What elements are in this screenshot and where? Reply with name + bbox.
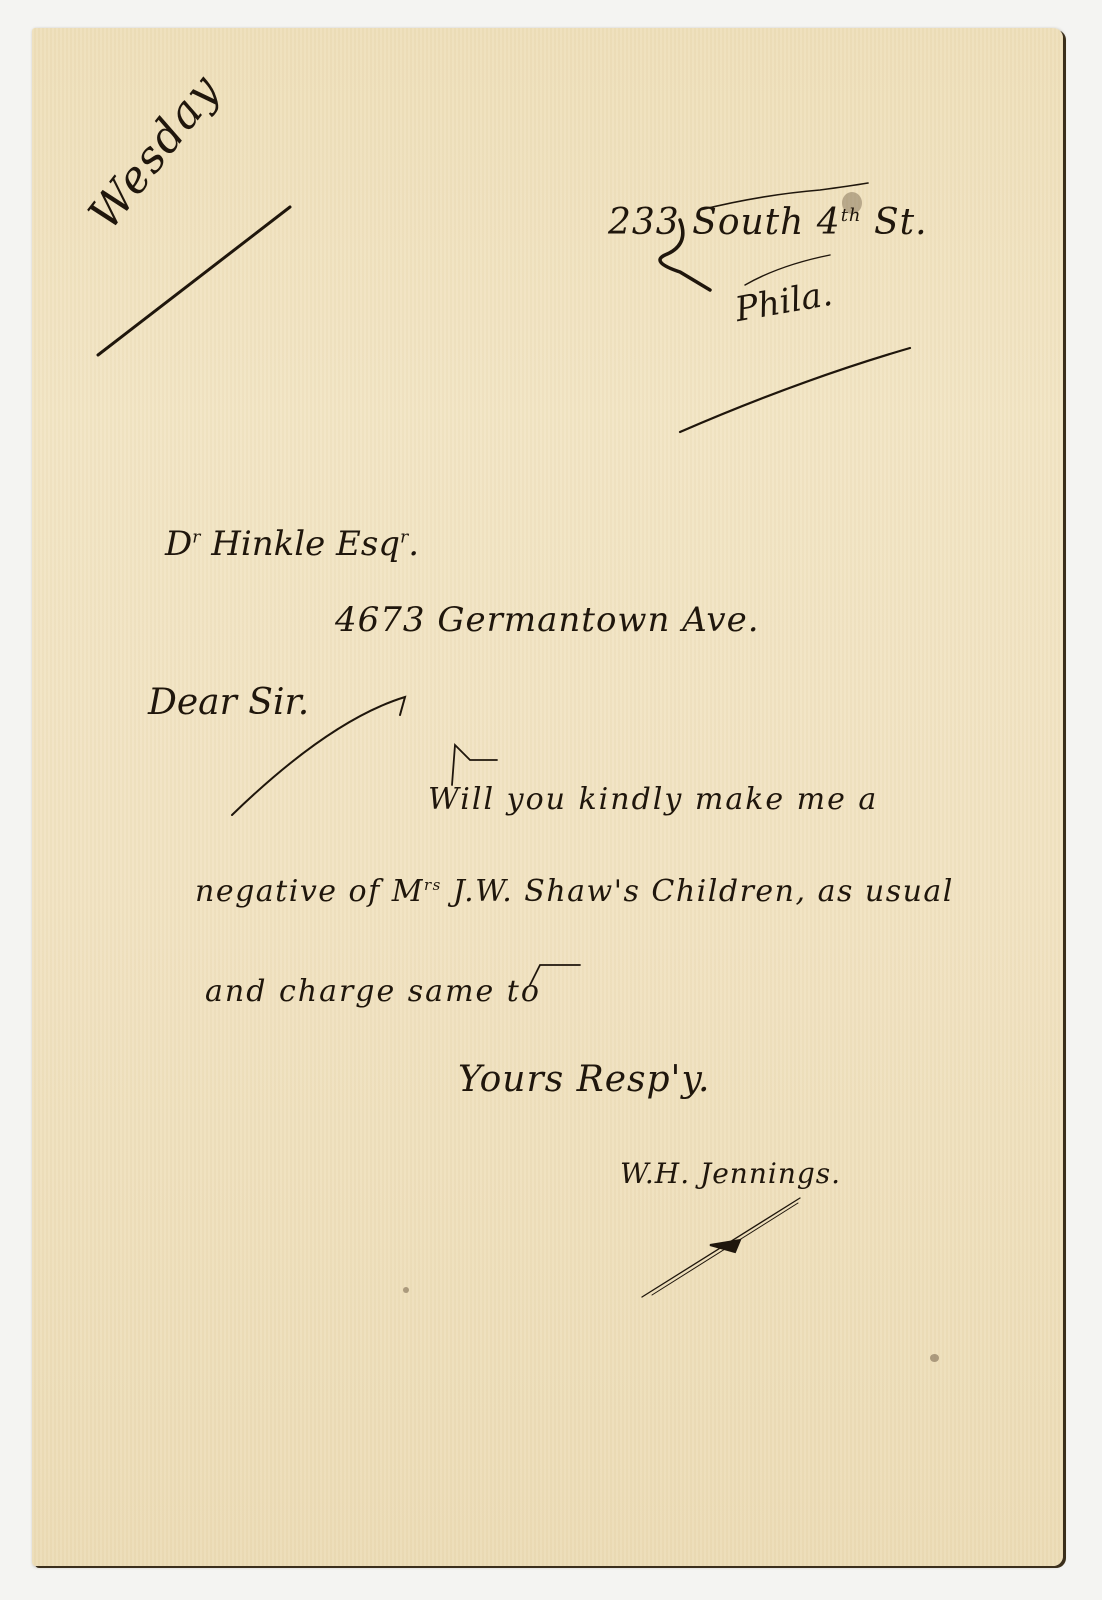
name-text: Hinkle Esq: [200, 524, 400, 564]
street-suffix: St.: [862, 202, 928, 243]
sender-street-address: 233 South 4th St.: [608, 205, 928, 241]
body-line-2-end: J.W. Shaw's Children, as usual: [442, 874, 954, 909]
signature: W.H. Jennings.: [620, 1160, 841, 1188]
title-prefix: D: [165, 524, 192, 564]
scanned-document: Wesday 233 South 4th St. Phila. Dr Hinkl…: [0, 0, 1102, 1600]
body-line-1: Will you kindly make me a: [428, 785, 878, 815]
body-line-3: and charge same to: [205, 977, 541, 1007]
street-text: 233 South 4: [608, 202, 841, 243]
street-ordinal: th: [841, 205, 862, 226]
ink-speck: [403, 1287, 409, 1293]
body-line-2-sup: rs: [424, 876, 442, 894]
recipient-name: Dr Hinkle Esqr.: [165, 527, 419, 561]
body-line-2: negative of Mrs J.W. Shaw's Children, as…: [195, 877, 954, 907]
body-line-2-start: negative of M: [195, 874, 424, 909]
recipient-address: 4673 Germantown Ave.: [335, 603, 760, 637]
name-end: .: [408, 524, 419, 564]
closing: Yours Resp'y.: [458, 1062, 710, 1098]
name-suffix-sup: r: [400, 528, 408, 548]
salutation: Dear Sir.: [148, 685, 309, 721]
ink-speck: [930, 1354, 939, 1362]
